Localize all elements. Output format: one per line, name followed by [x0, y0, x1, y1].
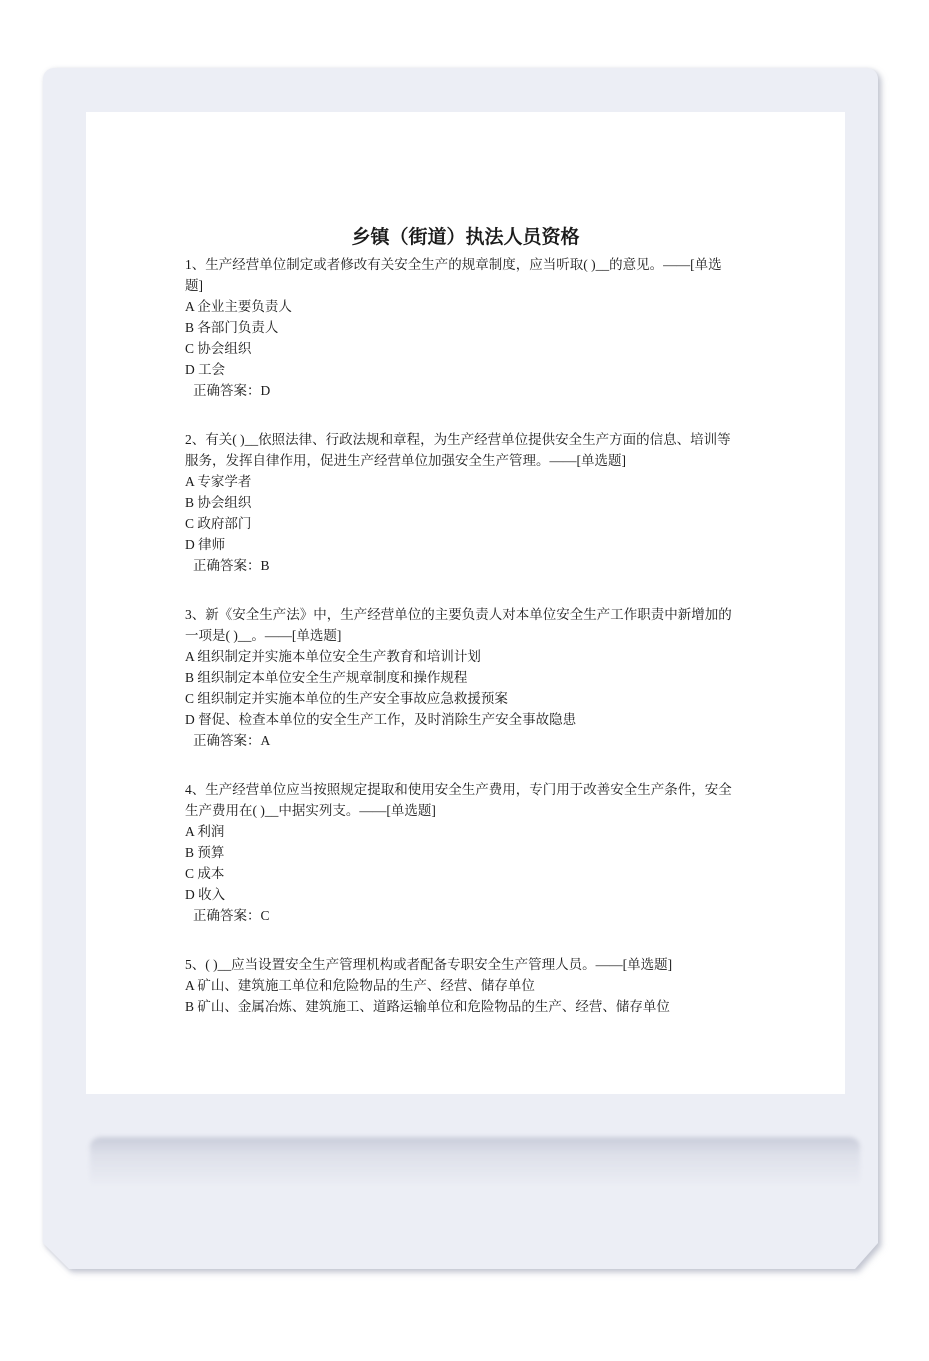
document-card-shadow: 乡镇（街道）执法人员资格 1、生产经营单位制定或者修改有关安全生产的规章制度，应…	[43, 68, 878, 1269]
question-stem-line: 4、生产经营单位应当按照规定提取和使用安全生产费用，专门用于改善安全生产条件，安…	[185, 779, 746, 800]
question-block-4: 4、生产经营单位应当按照规定提取和使用安全生产费用，专门用于改善安全生产条件，安…	[185, 779, 746, 926]
question-stem-line: 题]	[185, 275, 746, 296]
option-line: B 协会组织	[185, 492, 746, 513]
option-line: D 收入	[185, 884, 746, 905]
option-line: A 组织制定并实施本单位安全生产教育和培训计划	[185, 646, 746, 667]
option-line: C 成本	[185, 863, 746, 884]
option-line: D 工会	[185, 359, 746, 380]
option-line: A 利润	[185, 821, 746, 842]
question-stem-line: 生产费用在( )__中据实列支。——[单选题]	[185, 800, 746, 821]
option-line: A 矿山、建筑施工单位和危险物品的生产、经营、储存单位	[185, 975, 746, 996]
option-line: A 专家学者	[185, 471, 746, 492]
question-stem-line: 2、有关( )__依照法律、行政法规和章程，为生产经营单位提供安全生产方面的信息…	[185, 429, 746, 450]
answer-line: 正确答案：C	[185, 905, 746, 926]
option-line: D 律师	[185, 534, 746, 555]
question-block-3: 3、新《安全生产法》中，生产经营单位的主要负责人对本单位安全生产工作职责中新增加…	[185, 604, 746, 751]
option-line: C 协会组织	[185, 338, 746, 359]
option-line: B 预算	[185, 842, 746, 863]
screenshot-root: { "colors": { "card_bg": "#eceef5", "pag…	[0, 0, 929, 1361]
document-card: 乡镇（街道）执法人员资格 1、生产经营单位制定或者修改有关安全生产的规章制度，应…	[43, 68, 878, 1269]
answer-line: 正确答案：A	[185, 730, 746, 751]
question-stem-line: 1、生产经营单位制定或者修改有关安全生产的规章制度，应当听取( )__的意见。—…	[185, 254, 746, 275]
question-list: 1、生产经营单位制定或者修改有关安全生产的规章制度，应当听取( )__的意见。—…	[185, 254, 746, 1017]
question-stem-line: 服务，发挥自律作用，促进生产经营单位加强安全生产管理。——[单选题]	[185, 450, 746, 471]
question-stem-line: 一项是( )__。——[单选题]	[185, 625, 746, 646]
question-stem-line: 5、( )__应当设置安全生产管理机构或者配备专职安全生产管理人员。——[单选题…	[185, 954, 746, 975]
answer-line: 正确答案：B	[185, 555, 746, 576]
question-block-5: 5、( )__应当设置安全生产管理机构或者配备专职安全生产管理人员。——[单选题…	[185, 954, 746, 1017]
question-block-1: 1、生产经营单位制定或者修改有关安全生产的规章制度，应当听取( )__的意见。—…	[185, 254, 746, 401]
option-line: C 政府部门	[185, 513, 746, 534]
answer-line: 正确答案：D	[185, 380, 746, 401]
option-line: D 督促、检查本单位的安全生产工作，及时消除生产安全事故隐患	[185, 709, 746, 730]
question-stem-line: 3、新《安全生产法》中，生产经营单位的主要负责人对本单位安全生产工作职责中新增加…	[185, 604, 746, 625]
page-stack-shadow	[90, 1137, 860, 1193]
question-block-2: 2、有关( )__依照法律、行政法规和章程，为生产经营单位提供安全生产方面的信息…	[185, 429, 746, 576]
option-line: B 组织制定本单位安全生产规章制度和操作规程	[185, 667, 746, 688]
option-line: B 矿山、金属冶炼、建筑施工、道路运输单位和危险物品的生产、经营、储存单位	[185, 996, 746, 1017]
option-line: C 组织制定并实施本单位的生产安全事故应急救援预案	[185, 688, 746, 709]
option-line: A 企业主要负责人	[185, 296, 746, 317]
document-title: 乡镇（街道）执法人员资格	[185, 226, 746, 250]
document-page: 乡镇（街道）执法人员资格 1、生产经营单位制定或者修改有关安全生产的规章制度，应…	[86, 112, 845, 1094]
option-line: B 各部门负责人	[185, 317, 746, 338]
